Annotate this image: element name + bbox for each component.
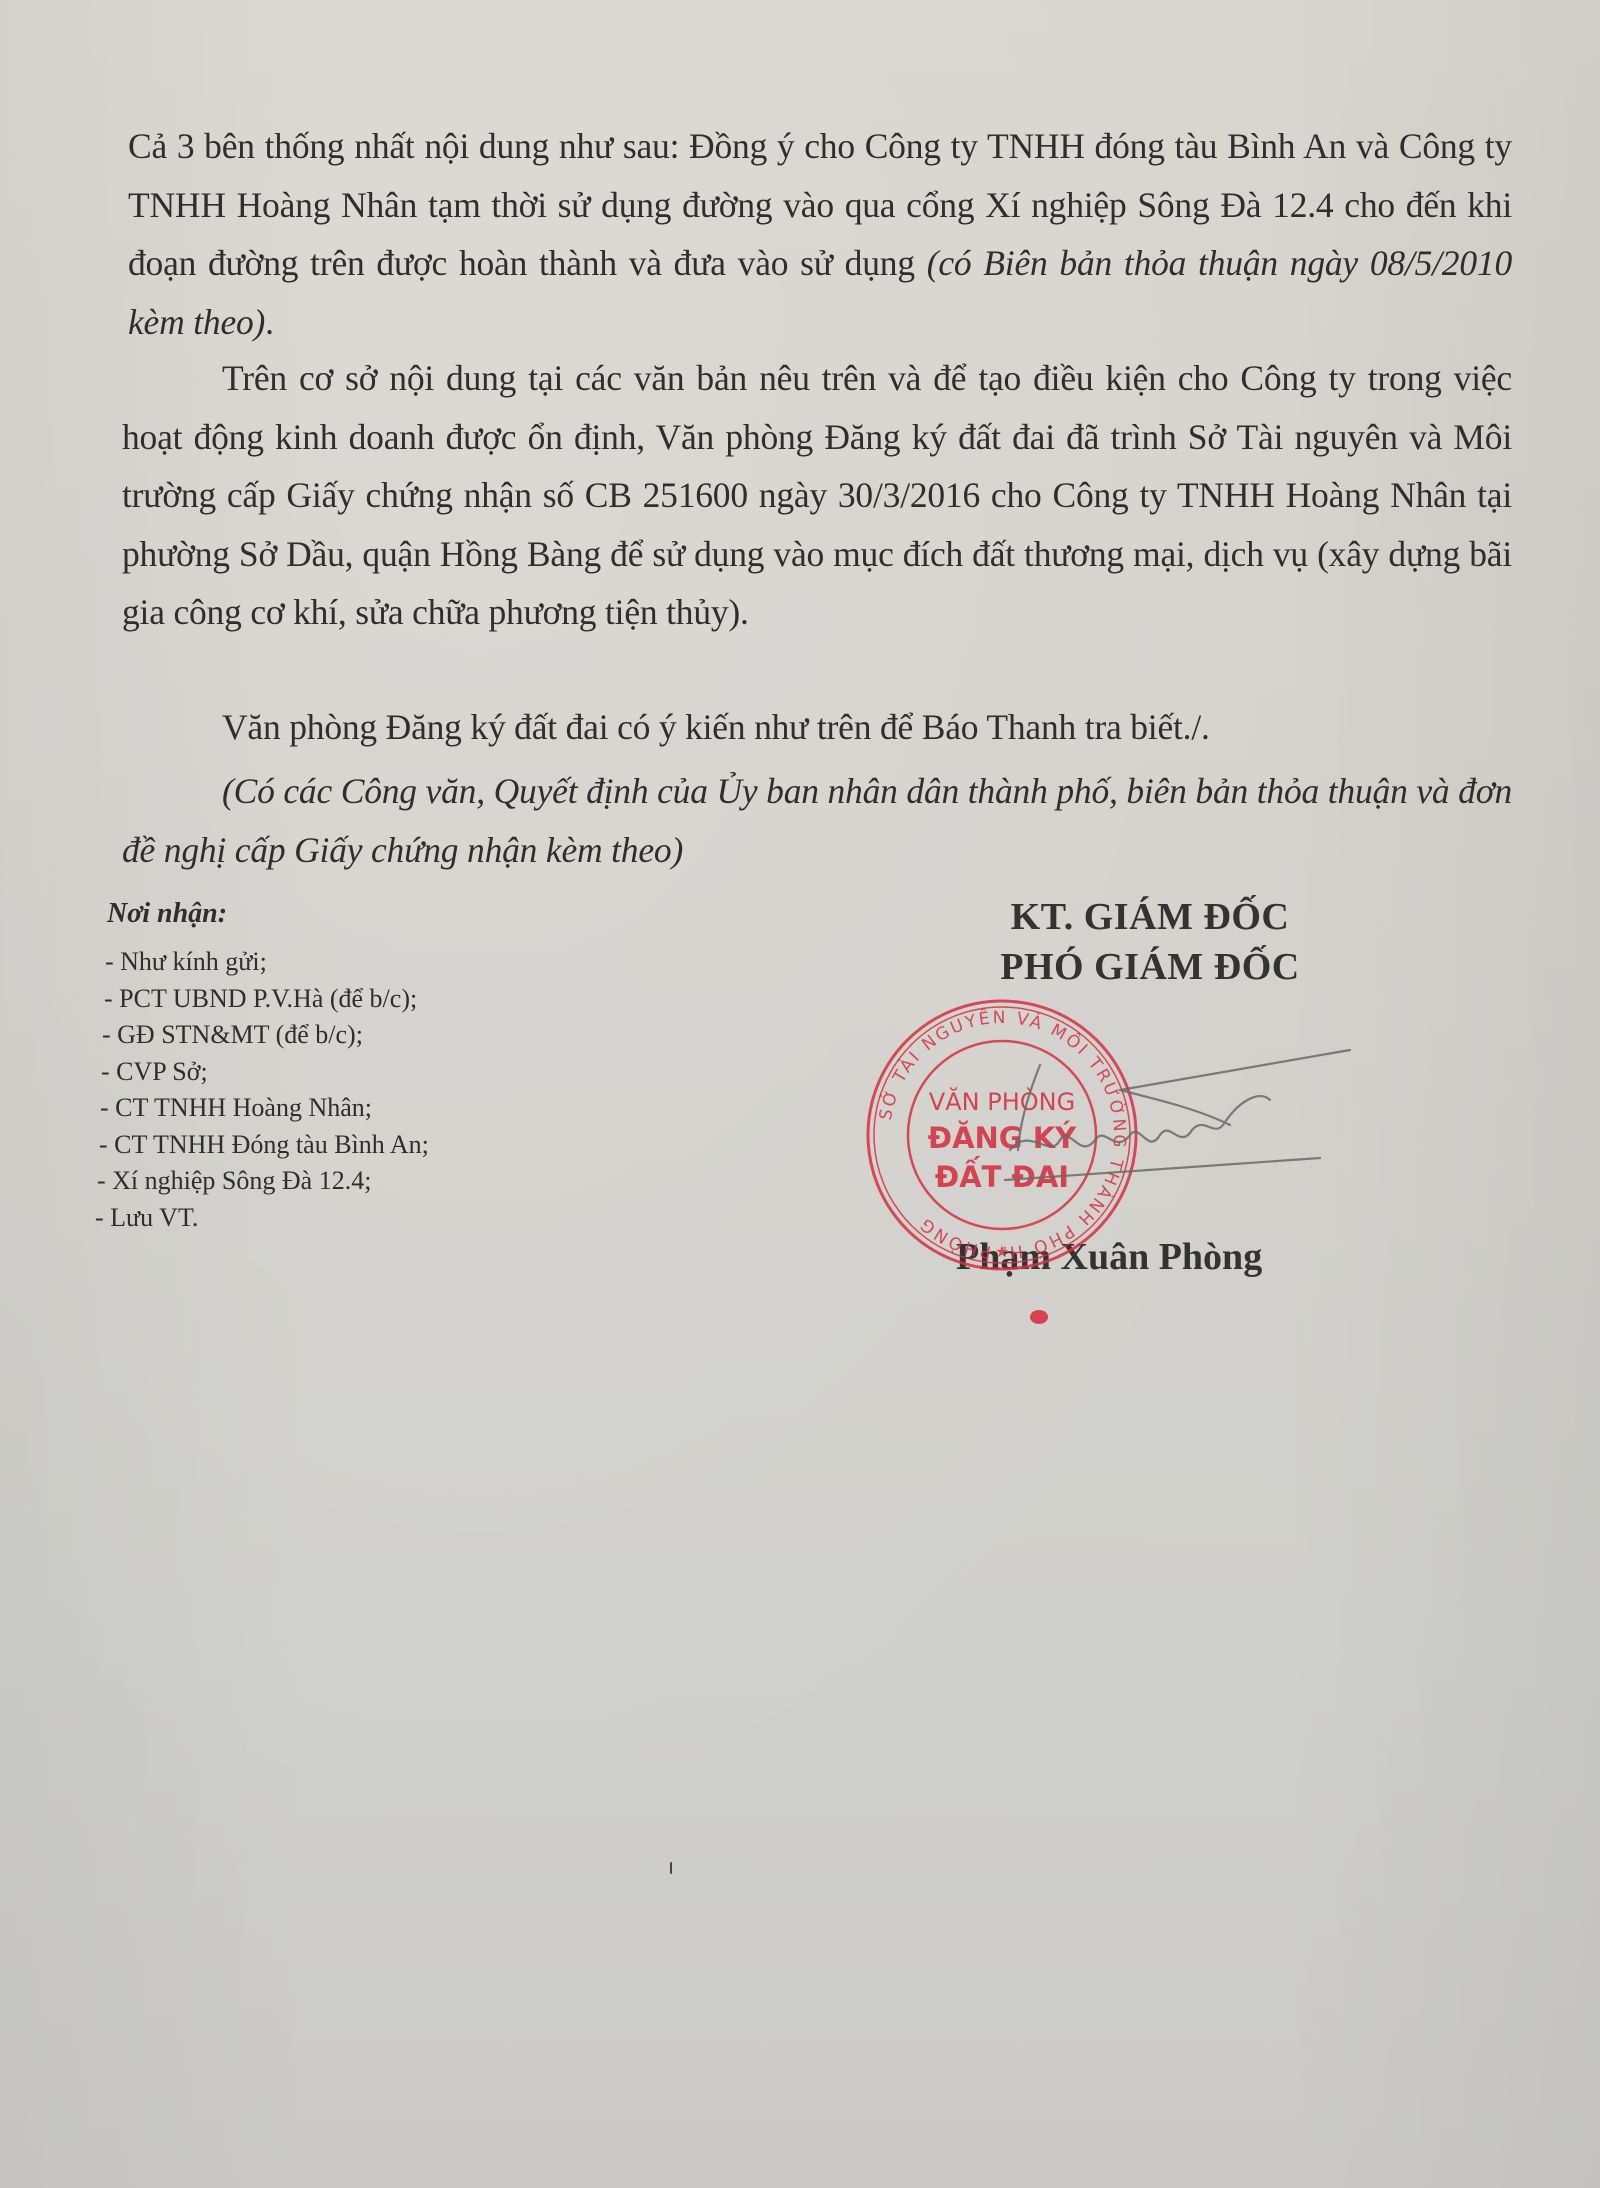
recipient-item: - Lưu VT. bbox=[95, 1200, 615, 1237]
signer-title-line1: KT. GIÁM ĐỐC bbox=[920, 895, 1380, 939]
recipient-item: - GĐ STN&MT (để b/c); bbox=[102, 1017, 615, 1054]
recipients-title: Nơi nhận: bbox=[107, 898, 615, 930]
ink-blot bbox=[1030, 1310, 1048, 1324]
recipient-item: - CT TNHH Đóng tàu Bình An; bbox=[99, 1127, 615, 1164]
recipients-list: - Như kính gửi; - PCT UBND P.V.Hà (để b/… bbox=[95, 944, 615, 1236]
paragraph-certificate: Trên cơ sở nội dung tại các văn bản nêu … bbox=[122, 349, 1512, 642]
recipient-item: - Như kính gửi; bbox=[105, 944, 615, 981]
handwritten-signature-icon bbox=[1000, 1030, 1360, 1210]
paper-speck bbox=[670, 1862, 672, 1874]
recipient-item: - CT TNHH Hoàng Nhân; bbox=[100, 1090, 615, 1127]
recipient-item: - PCT UBND P.V.Hà (để b/c); bbox=[104, 981, 615, 1018]
paragraph-attachments-note: (Có các Công văn, Quyết định của Ủy ban … bbox=[122, 762, 1512, 879]
paragraph-conclusion: Văn phòng Đăng ký đất đai có ý kiến như … bbox=[222, 698, 1522, 757]
paragraph-agreement-end: . bbox=[265, 302, 274, 342]
svg-text:★: ★ bbox=[995, 1242, 1009, 1261]
recipient-item: - Xí nghiệp Sông Đà 12.4; bbox=[97, 1163, 615, 1200]
recipient-item: - CVP Sở; bbox=[101, 1054, 615, 1091]
paragraph-agreement: Cả 3 bên thống nhất nội dung như sau: Đồ… bbox=[128, 117, 1512, 351]
signer-title-line2: PHÓ GIÁM ĐỐC bbox=[920, 945, 1380, 989]
recipients-block: Nơi nhận: - Như kính gửi; - PCT UBND P.V… bbox=[95, 898, 615, 1236]
